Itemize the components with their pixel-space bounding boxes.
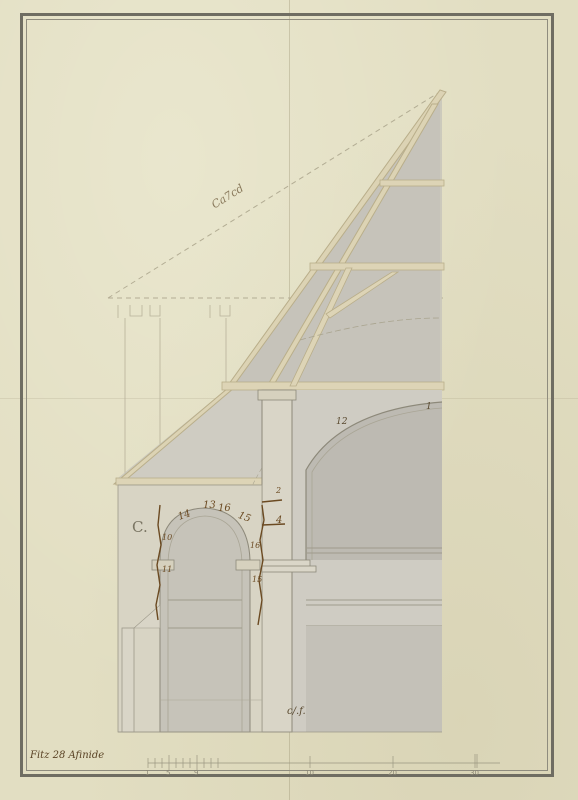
arch-number-6: 11 — [162, 565, 172, 574]
signature: Fitz 28 Afinide — [30, 750, 104, 761]
arch-number-3: 16 — [218, 503, 231, 514]
vault-tick: 1 — [426, 402, 432, 412]
arch-number-7: 16 — [250, 541, 260, 550]
left-stub-wall — [122, 628, 134, 732]
arch-number-8: 15 — [252, 575, 262, 584]
arch-number-5: 10 — [162, 533, 172, 542]
scale-label-20: 20 — [388, 769, 397, 777]
scale-bar — [148, 754, 500, 770]
scale-label-30: 30 — [470, 769, 479, 777]
architectural-drawing — [0, 0, 578, 800]
arch-opening — [160, 508, 250, 732]
pier-capital-top — [258, 390, 296, 400]
scale-label-10: 10 — [305, 769, 314, 777]
scale-tick-9: 9 — [194, 769, 198, 777]
pier-number-mid: 4 — [276, 515, 282, 526]
scale-tick-1: 1 — [145, 769, 149, 777]
base-label: c/.f. — [287, 706, 306, 717]
pier-number-top: 2 — [276, 486, 281, 495]
vault-number: 12 — [336, 417, 347, 427]
scale-tick-5: 5 — [166, 769, 170, 777]
arch-letter-label: C. — [132, 518, 148, 536]
arch-number-2: 13 — [203, 500, 216, 511]
